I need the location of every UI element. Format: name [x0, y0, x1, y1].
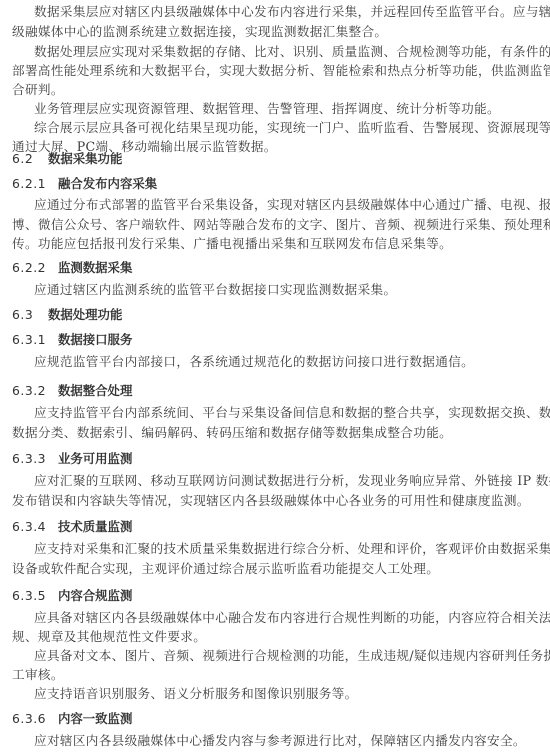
paragraph-line: 应支持对采集和汇聚的技术质量采集数据进行综合分析、处理和评价，客观评价由数据采集…	[34, 541, 538, 557]
paragraph-line: 应规范监管平台内部接口，各系统通过规范化的数据访问接口进行数据通信。	[34, 354, 538, 370]
paragraph-line: 合研判。	[12, 82, 538, 98]
paragraph-line: 综合展示层应具备可视化结果呈现功能，实现统一门户、监听监看、告警展现、资源展现等…	[34, 120, 538, 136]
document-page: 数据采集层应对辖区内县级融媒体中心发布内容进行采集，并远程回传至监管平台。应与辖…	[0, 0, 550, 752]
paragraph-line: 规、规章及其他规范性文件要求。	[12, 629, 538, 645]
section-heading-6-2-1: 6.2.1融合发布内容采集	[12, 176, 157, 192]
section-heading-6-3: 6.3数据处理功能	[12, 307, 122, 323]
paragraph-line: 业务管理层应实现资源管理、数据管理、告警管理、指挥调度、统计分析等功能。	[34, 101, 538, 117]
paragraph-line: 应具备对辖区内各县级融媒体中心融合发布内容进行合规性判断的功能，内容应符合相关法…	[34, 610, 538, 626]
paragraph-line: 部署高性能处理系统和大数据平台，实现大数据分析、智能检索和热点分析等功能，供监测…	[12, 63, 538, 79]
section-heading-6-3-5: 6.3.5内容合规监测	[12, 588, 132, 604]
section-heading-6-3-6: 6.3.6内容一致监测	[12, 711, 132, 727]
paragraph-line: 应通过辖区内监测系统的监管平台数据接口实现监测数据采集。	[34, 282, 538, 298]
section-heading-6-3-2: 6.3.2数据整合处理	[12, 383, 132, 399]
paragraph-line: 数据处理层应实现对采集数据的存储、比对、识别、质量监测、合规检测等功能，有条件的…	[34, 44, 538, 60]
paragraph-line: 应支持监管平台内部系统间、平台与采集设备间信息和数据的整合共享，实现数据交换、数…	[34, 405, 538, 421]
paragraph-line: 应对辖区内各县级融媒体中心播发内容与参考源进行比对，保障辖区内播发内容安全。	[34, 733, 538, 749]
section-heading-6-3-3: 6.3.3业务可用监测	[12, 451, 132, 467]
paragraph-line: 数据分类、数据索引、编码解码、转码压缩和数据存储等数据集成整合功能。	[12, 425, 538, 441]
paragraph-line: 应具备对文本、图片、音频、视频进行合规检测的功能，生成违规/疑似违规内容研判任务…	[34, 648, 538, 664]
paragraph-line: 应对汇聚的互联网、移动互联网访问测试数据进行分析，发现业务响应异常、外链接 IP…	[34, 473, 538, 489]
paragraph-line: 级融媒体中心的监测系统建立数据连接，实现监测数据汇集整合。	[12, 24, 538, 40]
paragraph-line: 发布错误和内容缺失等情况，实现辖区内各县级融媒体中心各业务的可用性和健康度监测。	[12, 493, 538, 509]
paragraph-line: 博、微信公众号、客户端软件、网站等融合发布的文字、图片、音频、视频进行采集、预处…	[12, 217, 538, 233]
section-heading-6-2-2: 6.2.2监测数据采集	[12, 260, 132, 276]
paragraph-line: 设备或软件配合实现，主观评价通过综合展示监听监看功能提交人工处理。	[12, 561, 538, 577]
paragraph-line: 工审核。	[12, 667, 538, 683]
section-heading-6-2: 6.2数据采集功能	[12, 151, 122, 167]
paragraph-line: 应支持语音识别服务、语义分析服务和图像识别服务等。	[34, 686, 538, 702]
paragraph-line: 数据采集层应对辖区内县级融媒体中心发布内容进行采集，并远程回传至监管平台。应与辖…	[34, 4, 538, 20]
section-heading-6-3-4: 6.3.4技术质量监测	[12, 519, 132, 535]
section-heading-6-3-1: 6.3.1数据接口服务	[12, 332, 132, 348]
paragraph-line: 应通过分布式部署的监管平台采集设备，实现对辖区内县级融媒体中心通过广播、电视、报…	[34, 197, 538, 213]
paragraph-line: 传。功能应包括报刊发行采集、广播电视播出采集和互联网发布信息采集等。	[12, 236, 538, 252]
